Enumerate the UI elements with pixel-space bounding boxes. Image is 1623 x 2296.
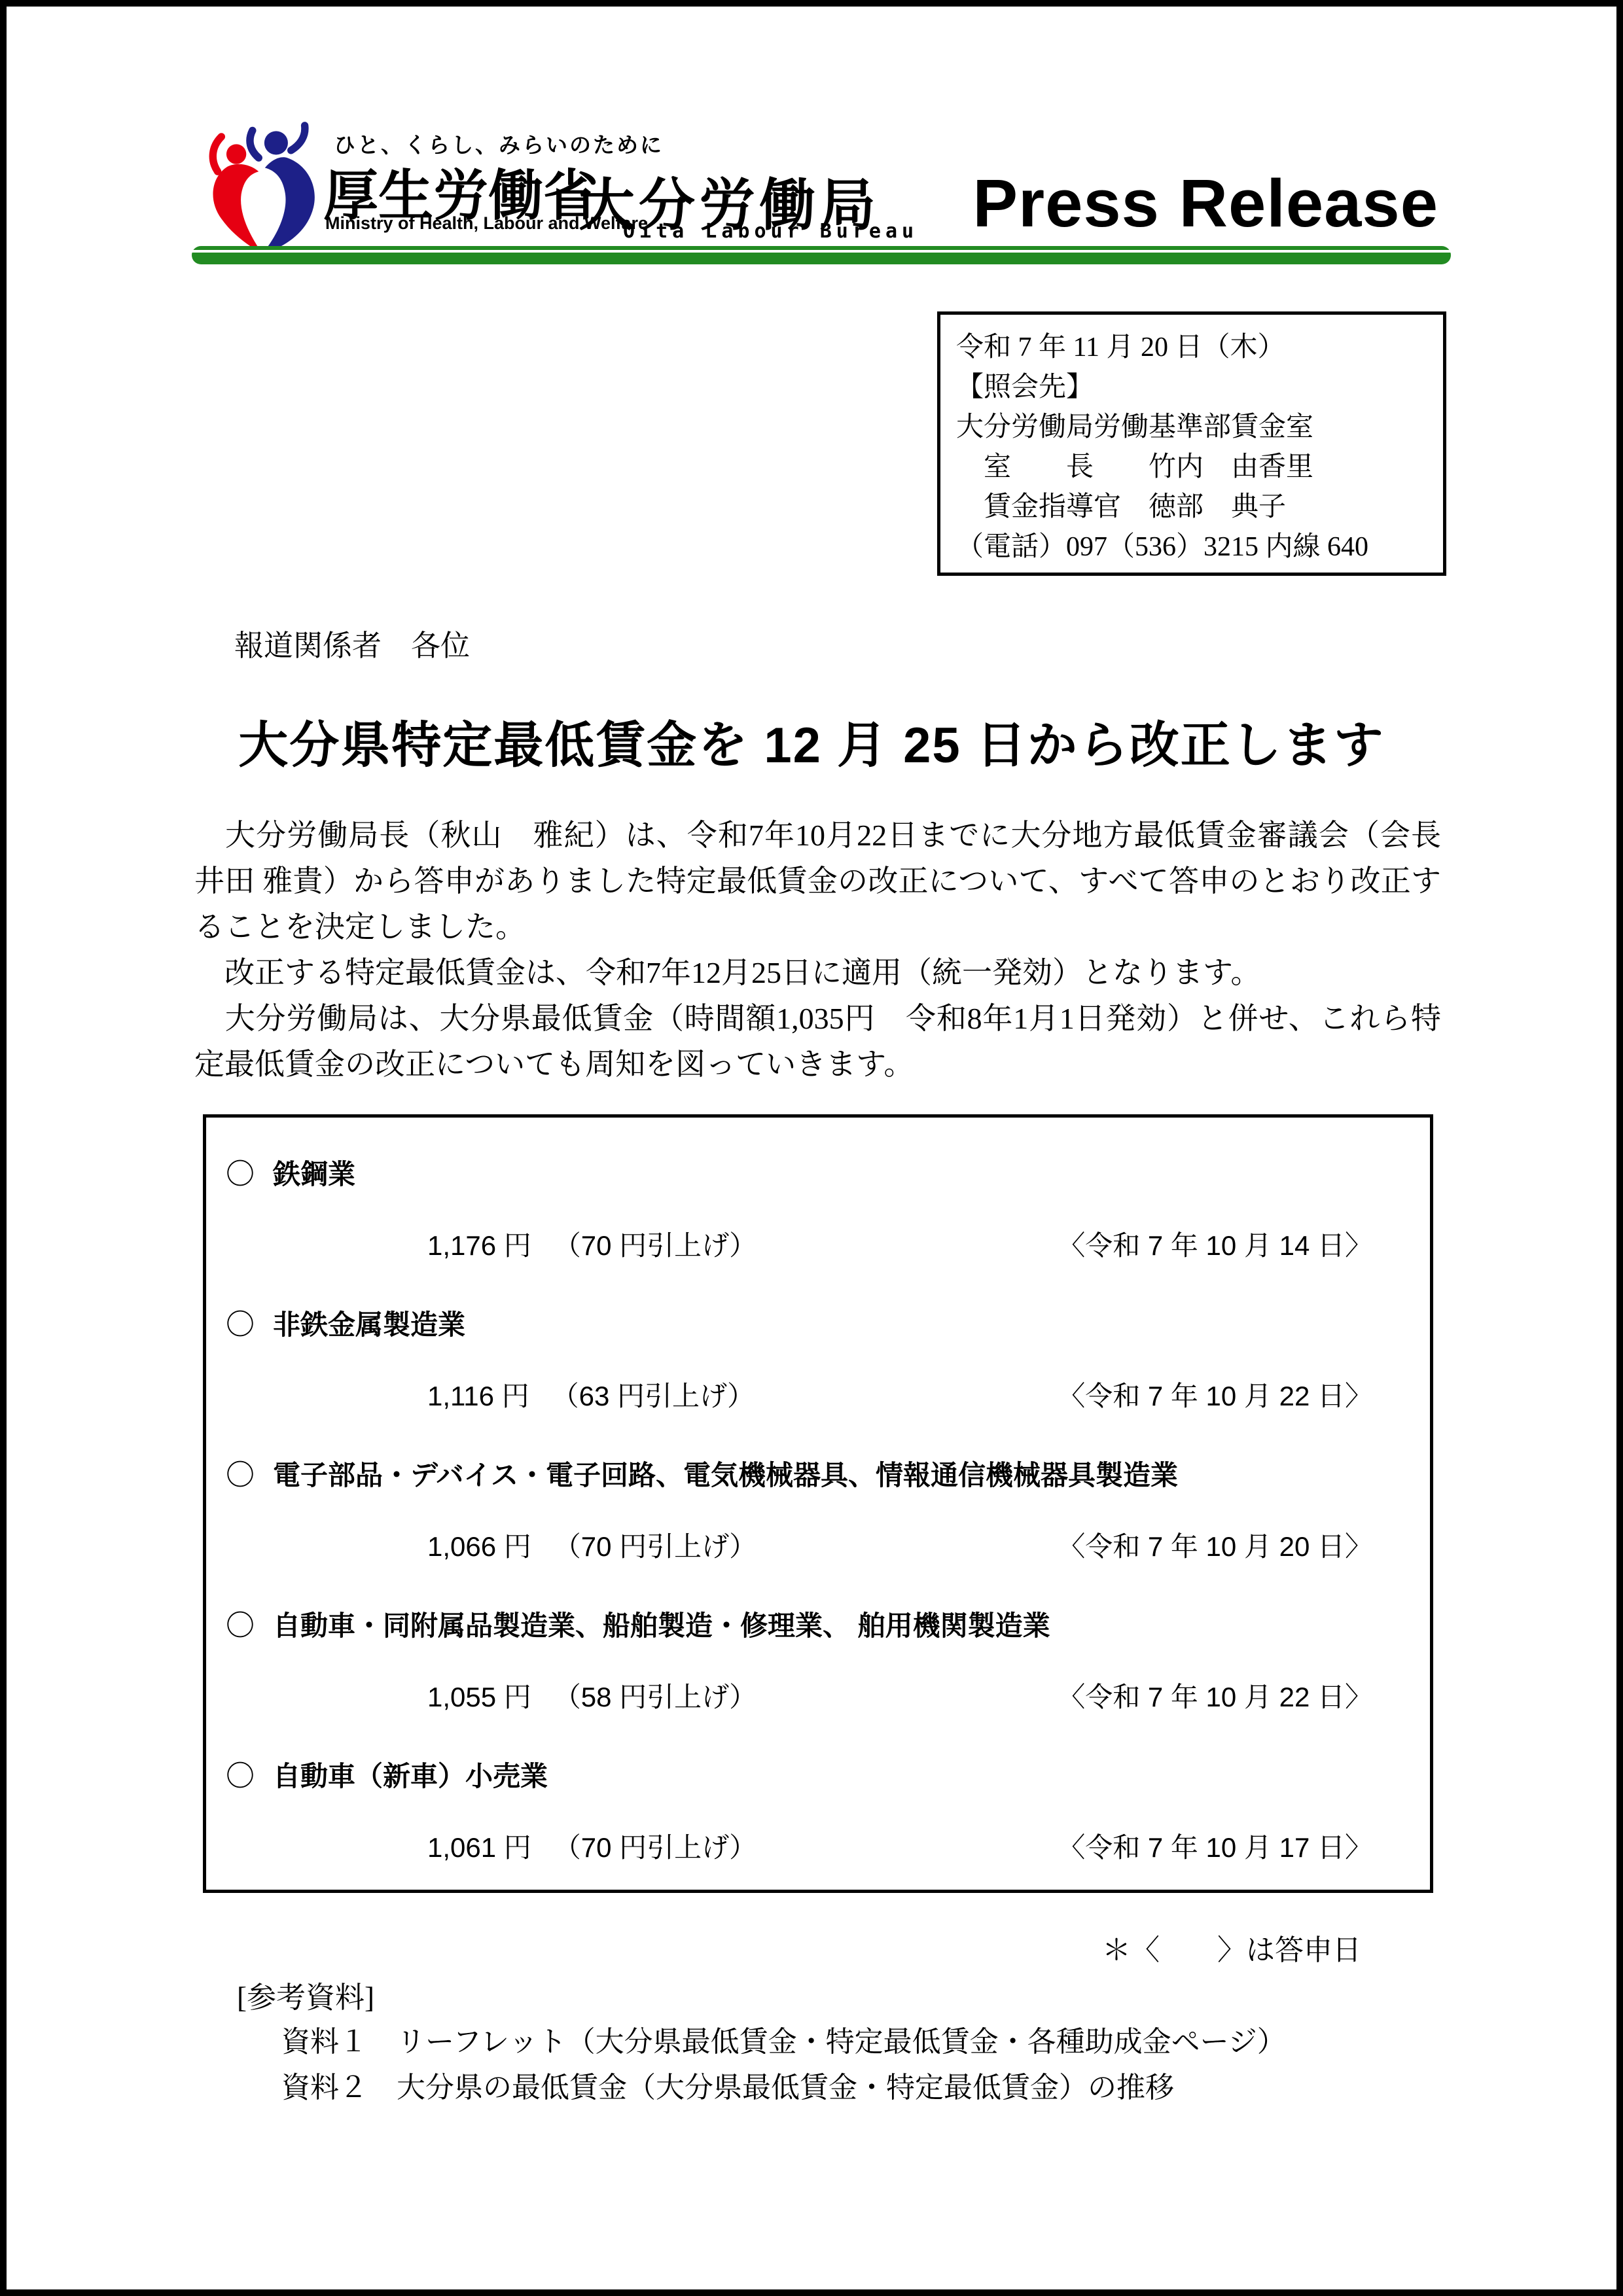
industry-name-text: 鉄鋼業 [273,1159,355,1190]
raise-value: （58 円引上げ） [554,1682,757,1712]
contact-box: 令和 7 年 11 月 20 日（木） 【照会先】 大分労働局労働基準部賃金室 … [937,311,1446,576]
contact-officer: 賃金指導官 徳部 典子 [956,487,1431,527]
wage-amount: 1,176 円（70 円引上げ） [427,1224,757,1263]
press-release-page: ひと、くらし、みらいのために 厚生労働省 Ministry of Health,… [0,0,1623,2296]
contact-phone: （電話）097（536）3215 内線 640 [956,527,1431,567]
industry-name: 〇自動車（新車）小売業 [226,1752,1417,1794]
body-text: 大分労働局長（秋山 雅紀）は、令和7年10月22日までに大分地方最低賃金審議会（… [194,813,1441,1087]
circle-bullet-icon: 〇 [226,1451,273,1493]
wage-amount: 1,066 円（70 円引上げ） [427,1525,757,1564]
raise-value: （63 円引上げ） [552,1381,755,1411]
wage-detail: 1,066 円（70 円引上げ） 〈令和 7 年 10 月 20 日〉 [206,1525,1430,1564]
industry-name-text: 電子部品・デバイス・電子回路、電気機械器具、情報通信機械器具製造業 [273,1460,1178,1491]
council-date: 〈令和 7 年 10 月 20 日〉 [1058,1525,1372,1564]
amount-value: 1,055 円 [427,1682,531,1712]
contact-date: 令和 7 年 11 月 20 日（木） [956,328,1431,368]
reference-item-1: 資料１ リーフレット（大分県最低賃金・特定最低賃金・各種助成金ページ） [281,2019,1286,2065]
wage-revision-box: 〇鉄鋼業 1,176 円（70 円引上げ） 〈令和 7 年 10 月 14 日〉… [203,1114,1433,1893]
mhlw-logo-icon [200,122,325,262]
wage-amount: 1,061 円（70 円引上げ） [427,1826,757,1865]
body-paragraph: 大分労働局は、大分県最低賃金（時間額1,035円 令和8年1月1日発効）と併せ、… [194,996,1441,1087]
contact-chief: 室 長 竹内 由香里 [956,448,1431,487]
press-release-heading: Press Release [972,165,1438,242]
wage-item: 〇自動車・同附属品製造業、船舶製造・修理業、 舶用機関製造業 1,055 円（5… [206,1602,1430,1752]
wage-detail: 1,061 円（70 円引上げ） 〈令和 7 年 10 月 17 日〉 [206,1826,1430,1865]
contact-office: 大分労働局労働基準部賃金室 [956,408,1431,448]
recipients-line: 報道関係者 各位 [234,622,470,664]
reference-item-2: 資料２ 大分県の最低賃金（大分県最低賃金・特定最低賃金）の推移 [281,2065,1286,2111]
body-paragraph: 改正する特定最低賃金は、令和7年12月25日に適用（統一発効）となります。 [194,950,1441,996]
circle-bullet-icon: 〇 [226,1301,273,1343]
industry-name: 〇自動車・同附属品製造業、船舶製造・修理業、 舶用機関製造業 [226,1602,1417,1644]
council-date: 〈令和 7 年 10 月 17 日〉 [1058,1826,1372,1865]
amount-value: 1,176 円 [427,1230,531,1261]
raise-value: （70 円引上げ） [554,1531,757,1562]
industry-name: 〇鉄鋼業 [226,1150,1417,1192]
raise-value: （70 円引上げ） [554,1832,757,1863]
industry-name: 〇非鉄金属製造業 [226,1301,1417,1343]
raise-value: （70 円引上げ） [554,1230,757,1261]
circle-bullet-icon: 〇 [226,1752,273,1794]
reference-label: [参考資料] [237,1973,374,2016]
wage-item: 〇電子部品・デバイス・電子回路、電気機械器具、情報通信機械器具製造業 1,066… [206,1451,1430,1602]
industry-name-text: 非鉄金属製造業 [273,1309,465,1340]
amount-value: 1,066 円 [427,1531,531,1562]
wage-detail: 1,116 円（63 円引上げ） 〈令和 7 年 10 月 22 日〉 [206,1375,1430,1414]
reference-items: 資料１ リーフレット（大分県最低賃金・特定最低賃金・各種助成金ページ） 資料２ … [281,2019,1286,2111]
wage-amount: 1,116 円（63 円引上げ） [427,1375,755,1414]
header-green-divider [192,246,1451,264]
wage-item: 〇非鉄金属製造業 1,116 円（63 円引上げ） 〈令和 7 年 10 月 2… [206,1301,1430,1451]
amount-value: 1,116 円 [427,1381,529,1411]
wage-detail: 1,176 円（70 円引上げ） 〈令和 7 年 10 月 14 日〉 [206,1224,1430,1263]
council-date: 〈令和 7 年 10 月 14 日〉 [1058,1224,1372,1263]
industry-name: 〇電子部品・デバイス・電子回路、電気機械器具、情報通信機械器具製造業 [226,1451,1417,1493]
contact-inquiry-label: 【照会先】 [956,368,1431,408]
industry-name-text: 自動車・同附属品製造業、船舶製造・修理業、 舶用機関製造業 [273,1610,1050,1641]
bureau-name-en: Oita Labour Bureau [623,220,918,243]
amount-value: 1,061 円 [427,1832,531,1863]
council-date: 〈令和 7 年 10 月 22 日〉 [1058,1676,1372,1715]
circle-bullet-icon: 〇 [226,1602,273,1644]
page-title: 大分県特定最低賃金を 12 月 25 日から改正します [7,705,1616,777]
industry-name-text: 自動車（新車）小売業 [273,1761,548,1792]
wage-amount: 1,055 円（58 円引上げ） [427,1676,757,1715]
body-paragraph: 大分労働局長（秋山 雅紀）は、令和7年10月22日までに大分地方最低賃金審議会（… [194,813,1441,950]
wage-detail: 1,055 円（58 円引上げ） 〈令和 7 年 10 月 22 日〉 [206,1676,1430,1715]
wage-item: 〇鉄鋼業 1,176 円（70 円引上げ） 〈令和 7 年 10 月 14 日〉 [206,1150,1430,1301]
wage-item: 〇自動車（新車）小売業 1,061 円（70 円引上げ） 〈令和 7 年 10 … [206,1752,1430,1903]
circle-bullet-icon: 〇 [226,1150,273,1192]
date-footnote: ＊〈 〉は答申日 [1102,1926,1361,1968]
council-date: 〈令和 7 年 10 月 22 日〉 [1058,1375,1372,1414]
